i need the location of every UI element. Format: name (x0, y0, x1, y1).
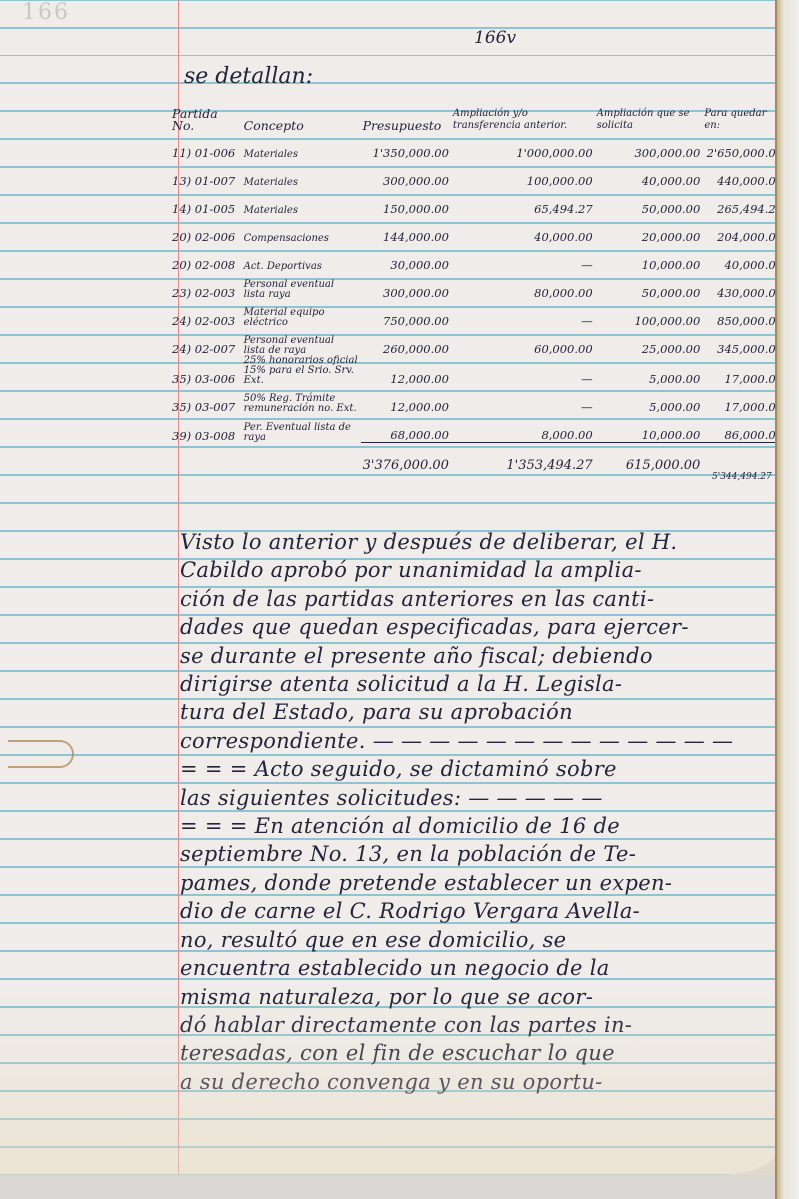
ampliacion-anterior-cell: 65,494.27 (451, 188, 595, 216)
ampliacion-anterior-cell: — (451, 244, 595, 272)
ampliacion-anterior-cell: 100,000.00 (451, 160, 595, 188)
partida-cell: 24) 02-003 (170, 300, 242, 328)
partida-cell: 35) 03-007 (170, 386, 242, 414)
table-row: 20) 02-008 Act. Deportivas 30,000.00 — 1… (170, 244, 785, 272)
ampliacion-solicitada-cell: 50,000.00 (595, 272, 703, 300)
text-line: Visto lo anterior y después de deliberar… (180, 528, 780, 556)
ampliacion-solicitada-cell: 10,000.00 (595, 414, 703, 443)
minutes-paragraph: Visto lo anterior y después de deliberar… (180, 528, 780, 1096)
concepto-cell: Per. Eventual lista de raya (242, 414, 361, 443)
text-line: a su derecho convenga y en su oportu- (180, 1068, 780, 1096)
text-line: Cabildo aprobó por unanimidad la amplia- (180, 556, 780, 584)
table-row: 20) 02-006 Compensaciones 144,000.00 40,… (170, 216, 785, 244)
partida-cell: 23) 02-003 (170, 272, 242, 300)
column-header-presupuesto: Presupuesto (361, 108, 451, 132)
ampliacion-anterior-cell: 80,000.00 (451, 272, 595, 300)
empty-cell (170, 443, 242, 474)
table-row: 39) 03-008 Per. Eventual lista de raya 6… (170, 414, 785, 443)
ampliacion-anterior-cell: 1'000,000.00 (451, 132, 595, 160)
table-row: 23) 02-003 Personal eventual lista raya … (170, 272, 785, 300)
staple-mark-icon (8, 740, 74, 768)
ampliacion-solicitada-cell: 5,000.00 (595, 386, 703, 414)
para-quedar-cell: 440,000.00 (702, 160, 785, 188)
text-line: misma naturaleza, por lo que se acor- (180, 983, 780, 1011)
book-binding-edge (775, 0, 799, 1199)
presupuesto-cell: 30,000.00 (361, 244, 451, 272)
partida-cell: 14) 01-005 (170, 188, 242, 216)
text-line: no, resultó que en ese domicilio, se (180, 926, 780, 954)
partida-cell: 13) 01-007 (170, 160, 242, 188)
presupuesto-cell: 300,000.00 (361, 272, 451, 300)
partida-cell: 20) 02-008 (170, 244, 242, 272)
ampliacion-anterior-cell: — (451, 386, 595, 414)
para-quedar-cell: 204,000.00 (702, 216, 785, 244)
concepto-cell: Compensaciones (242, 216, 361, 244)
presupuesto-cell: 144,000.00 (361, 216, 451, 244)
para-quedar-cell: 17,000.00 (702, 356, 785, 386)
para-quedar-cell: 850,000.00 (702, 300, 785, 328)
text-line: encuentra establecido un negocio de la (180, 954, 780, 982)
table-header-row: Partida No. Concepto Presupuesto Ampliac… (170, 108, 785, 132)
ampliacion-anterior-cell: 60,000.00 (451, 328, 595, 356)
folio-number: 166v (474, 28, 516, 48)
partida-cell: 11) 01-006 (170, 132, 242, 160)
column-header-ampliacion-solicitada: Ampliación que se solicita (595, 108, 703, 132)
text-line: = = = Acto seguido, se dictaminó sobre (180, 755, 780, 783)
text-line: dirigirse atenta solicitud a la H. Legis… (180, 670, 780, 698)
concepto-cell: Personal eventual lista raya (242, 272, 361, 300)
table-row: 35) 03-007 50% Reg. Trámite remuneración… (170, 386, 785, 414)
concepto-cell: Act. Deportivas (242, 244, 361, 272)
presupuesto-cell: 12,000.00 (361, 356, 451, 386)
para-quedar-cell: 430,000.00 (702, 272, 785, 300)
concepto-cell: Materiales (242, 132, 361, 160)
table-row: 24) 02-007 Personal eventual lista de ra… (170, 328, 785, 356)
ampliacion-anterior-cell: 8,000.00 (451, 414, 595, 443)
para-quedar-cell: 86,000.00 (702, 414, 785, 443)
ampliacion-solicitada-cell: 5,000.00 (595, 356, 703, 386)
ampliacion-solicitada-cell: 300,000.00 (595, 132, 703, 160)
budget-table: Partida No. Concepto Presupuesto Ampliac… (170, 108, 785, 473)
table-row: 11) 01-006 Materiales 1'350,000.00 1'000… (170, 132, 785, 160)
para-quedar-cell: 2'650,000.00 (702, 132, 785, 160)
column-header-partida: Partida No. (170, 108, 242, 132)
presupuesto-cell: 150,000.00 (361, 188, 451, 216)
presupuesto-cell: 750,000.00 (361, 300, 451, 328)
concepto-cell: 25% honorarios oficial 15% para el Srio.… (242, 356, 361, 386)
total-para-quedar: 5'344,494.27 (712, 472, 772, 482)
text-line: dó hablar directamente con las partes in… (180, 1011, 780, 1039)
para-quedar-cell: 17,000.00 (702, 386, 785, 414)
ampliacion-solicitada-cell: 20,000.00 (595, 216, 703, 244)
para-quedar-cell: 345,000.00 (702, 328, 785, 356)
ampliacion-anterior-cell: 40,000.00 (451, 216, 595, 244)
text-line: dades que quedan especificadas, para eje… (180, 613, 780, 641)
column-header-para-quedar: Para quedar en: (702, 108, 785, 132)
ampliacion-solicitada-cell: 25,000.00 (595, 328, 703, 356)
concepto-cell: Materiales (242, 188, 361, 216)
total-presupuesto: 3'376,000.00 (361, 443, 451, 474)
table-row: 14) 01-005 Materiales 150,000.00 65,494.… (170, 188, 785, 216)
table-row: 24) 02-003 Material equipo eléctrico 750… (170, 300, 785, 328)
empty-cell (702, 443, 785, 474)
partida-cell: 24) 02-007 (170, 328, 242, 356)
notebook-page: 166 166v se detallan: Partida No. Concep… (0, 0, 780, 1175)
total-ampliacion-solicitada: 615,000.00 (595, 443, 703, 474)
ampliacion-anterior-cell: — (451, 356, 595, 386)
ampliacion-solicitada-cell: 10,000.00 (595, 244, 703, 272)
text-line: septiembre No. 13, en la población de Te… (180, 840, 780, 868)
page-heading: se detallan: (184, 64, 313, 89)
text-line: pames, donde pretende establecer un expe… (180, 869, 780, 897)
table-row: 13) 01-007 Materiales 300,000.00 100,000… (170, 160, 785, 188)
ghost-page-number: 166 (22, 0, 70, 25)
partida-cell: 35) 03-006 (170, 356, 242, 386)
concepto-cell: 50% Reg. Trámite remuneración no. Ext. (242, 386, 361, 414)
text-line: = = = En atención al domicilio de 16 de (180, 812, 780, 840)
ampliacion-solicitada-cell: 100,000.00 (595, 300, 703, 328)
text-line: correspondiente. — — — — — — — — — — — —… (180, 727, 780, 755)
total-ampliacion-anterior: 1'353,494.27 (451, 443, 595, 474)
para-quedar-cell: 40,000.00 (702, 244, 785, 272)
empty-cell (242, 443, 361, 474)
text-line: las siguientes solicitudes: — — — — — (180, 784, 780, 812)
concepto-cell: Material equipo eléctrico (242, 300, 361, 328)
totals-row: 3'376,000.00 1'353,494.27 615,000.00 (170, 443, 785, 474)
text-line: ción de las partidas anteriores en las c… (180, 585, 780, 613)
partida-cell: 20) 02-006 (170, 216, 242, 244)
text-line: dio de carne el C. Rodrigo Vergara Avell… (180, 897, 780, 925)
presupuesto-cell: 1'350,000.00 (361, 132, 451, 160)
column-header-concepto: Concepto (242, 108, 361, 132)
concepto-cell: Personal eventual lista de raya (242, 328, 361, 356)
partida-cell: 39) 03-008 (170, 414, 242, 443)
text-line: se durante el presente año fiscal; debie… (180, 642, 780, 670)
ampliacion-solicitada-cell: 40,000.00 (595, 160, 703, 188)
text-line: tura del Estado, para su aprobación (180, 698, 780, 726)
column-header-ampliacion-anterior: Ampliación y/o transferencia anterior. (451, 108, 595, 132)
presupuesto-cell: 260,000.00 (361, 328, 451, 356)
presupuesto-cell: 68,000.00 (361, 414, 451, 443)
presupuesto-cell: 12,000.00 (361, 386, 451, 414)
presupuesto-cell: 300,000.00 (361, 160, 451, 188)
text-line: teresadas, con el fin de escuchar lo que (180, 1039, 780, 1067)
concepto-cell: Materiales (242, 160, 361, 188)
para-quedar-cell: 265,494.27 (702, 188, 785, 216)
table-row: 35) 03-006 25% honorarios oficial 15% pa… (170, 356, 785, 386)
ampliacion-solicitada-cell: 50,000.00 (595, 188, 703, 216)
ampliacion-anterior-cell: — (451, 300, 595, 328)
